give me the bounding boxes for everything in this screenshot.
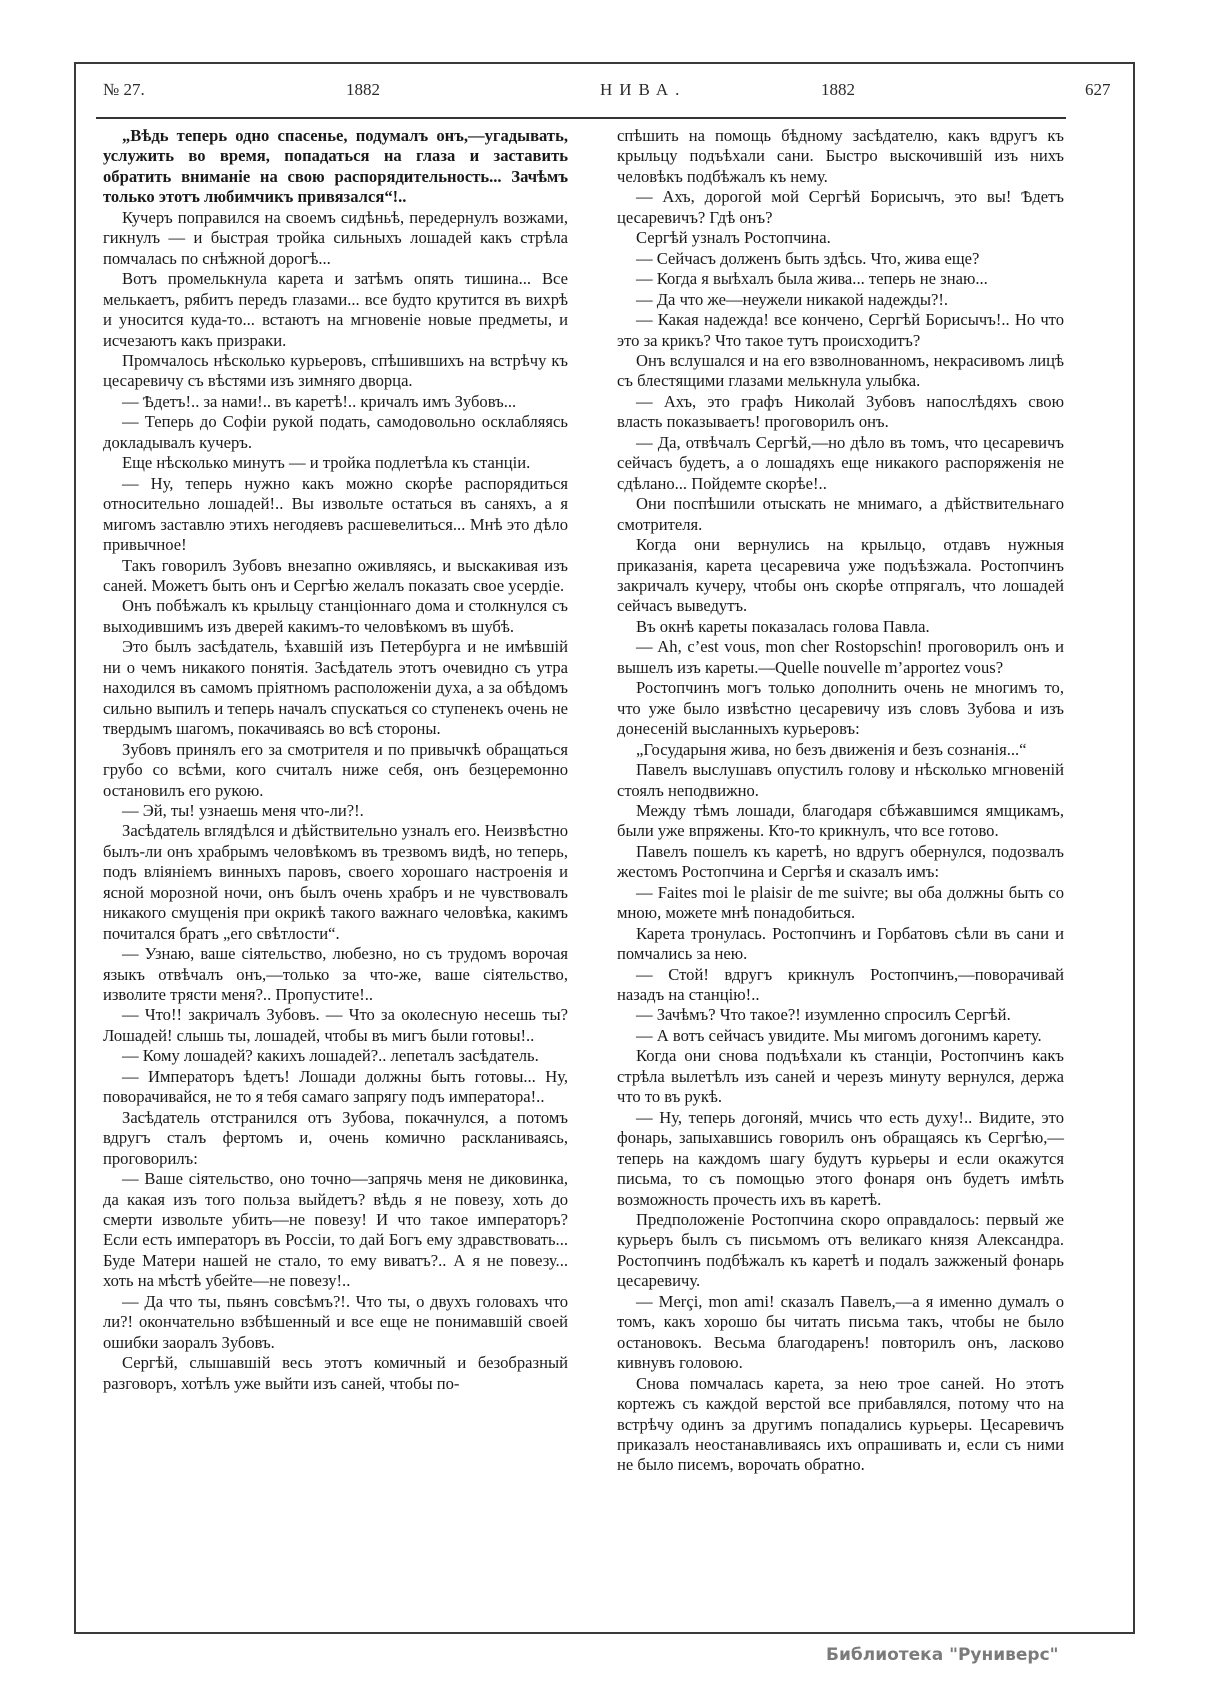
paragraph: Они поспѣшили отыскать не мнимаго, а дѣй…	[617, 494, 1064, 535]
paragraph: Кучеръ поправился на своемъ сидѣньѣ, пер…	[103, 208, 568, 269]
page-number: 627	[1085, 80, 1111, 100]
paragraph: Засѣдатель вглядѣлся и дѣйствительно узн…	[103, 821, 568, 944]
paragraph: — Да что ты, пьянъ совсѣмъ?!. Что ты, о …	[103, 1292, 568, 1353]
paragraph: Предположеніе Ростопчина скоро оправдало…	[617, 1210, 1064, 1292]
paragraph: Сергѣй, слышавшій весь этотъ комичный и …	[103, 1353, 568, 1394]
paragraph: — Императоръ ѣдетъ! Лошади должны быть г…	[103, 1067, 568, 1108]
paragraph: Въ окнѣ кареты показалась голова Павла.	[617, 617, 1064, 637]
header-rule	[96, 117, 1066, 119]
paragraph: — Что!! закричалъ Зубовъ. — Что за околе…	[103, 1005, 568, 1046]
paragraph: Сергѣй узналъ Ростопчина.	[617, 228, 1064, 248]
paragraph: Ростопчинъ могъ только дополнить очень н…	[617, 678, 1064, 739]
paragraph: спѣшить на помощь бѣдному засѣдателю, ка…	[617, 126, 1064, 187]
paragraph: Когда они вернулись на крыльцо, отдавъ н…	[617, 535, 1064, 617]
paragraph: — Ваше сіятельство, оно точно—запрячь ме…	[103, 1169, 568, 1292]
paragraph: Карета тронулась. Ростопчинъ и Горбатовъ…	[617, 924, 1064, 965]
left-column: „Вѣдь теперь одно спасенье, подумалъ онъ…	[103, 126, 568, 1394]
paragraph: — Ѣдетъ!.. за нами!.. въ каретѣ!.. крича…	[103, 392, 568, 412]
paragraph: Промчалось нѣсколько курьеровъ, спѣшивши…	[103, 351, 568, 392]
year-right: 1882	[821, 80, 855, 100]
paragraph: — Да что же—неужели никакой надежды?!.	[617, 290, 1064, 310]
paragraph: Между тѣмъ лошади, благодаря сбѣжавшимся…	[617, 801, 1064, 842]
paragraph: „Государыня жива, но безъ движенія и без…	[617, 740, 1064, 760]
paragraph: — Ну, теперь догоняй, мчись что есть дух…	[617, 1108, 1064, 1210]
paragraph: — Кому лошадей? какихъ лошадей?.. лепета…	[103, 1046, 568, 1066]
paragraph: Это былъ засѣдатель, ѣхавшій изъ Петербу…	[103, 637, 568, 739]
paragraph: Такъ говорилъ Зубовъ внезапно оживляясь,…	[103, 556, 568, 597]
right-column: спѣшить на помощь бѣдному засѣдателю, ка…	[617, 126, 1064, 1476]
paragraph: Павелъ выслушавъ опустилъ голову и нѣско…	[617, 760, 1064, 801]
paragraph: — Faites moi le plaisir de me suivre; вы…	[617, 883, 1064, 924]
paragraph: — Merçi, mon ami! сказалъ Павелъ,—а я им…	[617, 1292, 1064, 1374]
paragraph: — Ахъ, дорогой мой Сергѣй Борисычъ, это …	[617, 187, 1064, 228]
paragraph: — Стой! вдругъ крикнулъ Ростопчинъ,—пово…	[617, 965, 1064, 1006]
paragraph: — Ah, c’est vous, mon cher Rostopschin! …	[617, 637, 1064, 678]
paragraph: Павелъ пошелъ къ каретѣ, но вдругъ оберн…	[617, 842, 1064, 883]
paragraph: Еще нѣсколько минутъ — и тройка подлетѣл…	[103, 453, 568, 473]
paragraph: — А вотъ сейчасъ увидите. Мы мигомъ дого…	[617, 1026, 1064, 1046]
paragraph: Онъ побѣжалъ къ крыльцу станціоннаго дом…	[103, 596, 568, 637]
paragraph: Когда они снова подъѣхали къ станціи, Ро…	[617, 1046, 1064, 1107]
paragraph: — Эй, ты! узнаешь меня что-ли?!.	[103, 801, 568, 821]
paragraph: — Ахъ, это графъ Николай Зубовъ напослѣд…	[617, 392, 1064, 433]
paragraph: „Вѣдь теперь одно спасенье, подумалъ онъ…	[103, 126, 568, 208]
paragraph: Засѣдатель отстранился отъ Зубова, покач…	[103, 1108, 568, 1169]
paragraph: Зубовъ принялъ его за смотрителя и по пр…	[103, 740, 568, 801]
library-watermark: Библиотека "Руниверс"	[826, 1645, 1059, 1665]
year-left: 1882	[346, 80, 380, 100]
paragraph: — Узнаю, ваше сіятельство, любезно, но с…	[103, 944, 568, 1005]
paragraph: — Сейчасъ долженъ быть здѣсь. Что, жива …	[617, 249, 1064, 269]
page-header: № 27. 1882 НИВА. 1882 627	[103, 80, 1133, 108]
paragraph: — Ну, теперь нужно какъ можно скорѣе рас…	[103, 474, 568, 556]
paragraph: — Когда я выѣхалъ была жива... теперь не…	[617, 269, 1064, 289]
paragraph: Онъ вслушался и на его взволнованномъ, н…	[617, 351, 1064, 392]
issue-number: № 27.	[103, 80, 145, 100]
paragraph: — Зачѣмъ? Что такое?! изумленно спросилъ…	[617, 1005, 1064, 1025]
paragraph: Снова помчалась карета, за нею трое сане…	[617, 1374, 1064, 1476]
paragraph: — Теперь до Софіи рукой подать, самодово…	[103, 412, 568, 453]
paragraph: Вотъ промелькнула карета и затѣмъ опять …	[103, 269, 568, 351]
journal-title: НИВА.	[600, 80, 686, 100]
paragraph: — Какая надежда! все кончено, Сергѣй Бор…	[617, 310, 1064, 351]
paragraph: — Да, отвѣчалъ Сергѣй,—но дѣло въ томъ, …	[617, 433, 1064, 494]
